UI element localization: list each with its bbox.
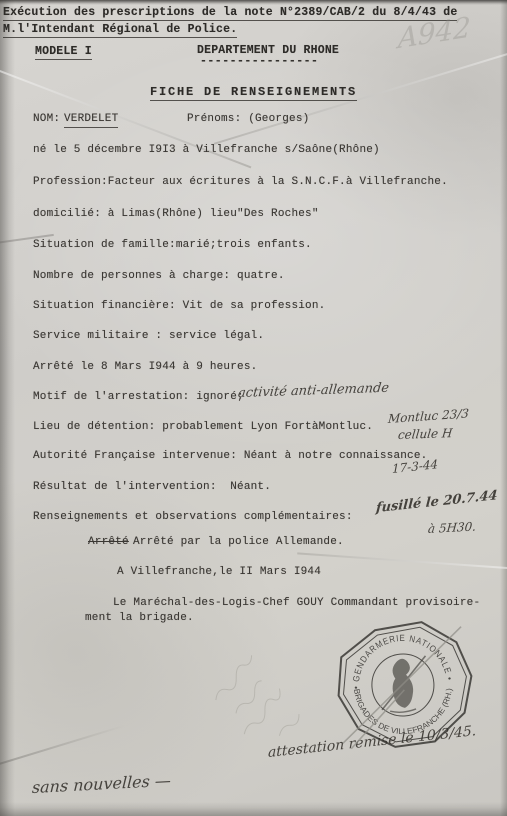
field-autorite-francaise: Autorité Française intervenue: Néant à n…: [33, 450, 427, 463]
exec-note-line1: Exécution des prescriptions de la note N…: [3, 6, 457, 21]
departement-dashes: ----------------: [200, 55, 318, 68]
handwritten-detention-place: Montluc 23/3: [388, 406, 470, 426]
field-service-militaire: Service militaire : service légal.: [33, 330, 264, 343]
signature-line2: ment la brigade.: [85, 612, 194, 625]
handwritten-detention-cell: cellule H: [397, 426, 453, 442]
paper-crease: [0, 725, 125, 768]
modele-label: MODELE I: [35, 45, 92, 60]
field-domicile: domicilié: à Limas(Rhône) lieu"Des Roche…: [33, 208, 319, 221]
field-profession: Profession:Facteur aux écritures à la S.…: [33, 176, 448, 189]
exec-note-line2: M.l'Intendant Régional de Police.: [3, 23, 237, 38]
handwritten-execution-time: à 5H30.: [427, 519, 476, 536]
field-birth: né le 5 décembre I9I3 à Villefranche s/S…: [33, 144, 380, 157]
prenoms-value: Prénoms: (Georges): [187, 113, 309, 126]
nom-label: NOM:: [33, 113, 60, 126]
document-page: Exécution des prescriptions de la note N…: [0, 0, 507, 816]
field-personnes-charge: Nombre de personnes à charge: quatre.: [33, 270, 285, 283]
handwritten-motif-annotation: activité anti-allemande: [237, 381, 390, 401]
arrest-statement: Arrêté par la police Allemande.: [133, 536, 344, 549]
gendarmerie-stamp-icon: • GENDARMERIE NATIONALE • BRIGADES DE VI…: [323, 614, 484, 759]
handwritten-execution-note: fusillé le 20.7.44: [375, 488, 497, 516]
place-date-line: A Villefranche,le II Mars I944: [117, 566, 321, 579]
field-resultat-intervention: Résultat de l'intervention: Néant.: [33, 481, 271, 494]
scan-edge-right: [500, 0, 507, 816]
page-title: FICHE DE RENSEIGNEMENTS: [150, 86, 357, 101]
struck-typed-word: Arrêté: [88, 536, 129, 549]
field-famille: Situation de famille:marié;trois enfants…: [33, 239, 312, 252]
paper-crease: [297, 552, 507, 569]
field-motif-arrestation: Motif de l'arrestation: ignoré;: [33, 391, 244, 404]
field-arrestation-date: Arrêté le 8 Mars I944 à 9 heures.: [33, 361, 257, 374]
field-situation-financiere: Situation financière: Vit de sa professi…: [33, 300, 325, 313]
scan-edge-top: [0, 0, 507, 5]
field-lieu-detention: Lieu de détention: probablement Lyon For…: [33, 421, 373, 434]
signature-line1: Le Maréchal-des-Logis-Chef GOUY Commanda…: [113, 597, 480, 610]
field-renseignements: Renseignements et observations complémen…: [33, 511, 353, 524]
nom-value: VERDELET: [64, 113, 118, 128]
scan-edge-bottom: [0, 802, 507, 816]
scan-edge-left: [0, 0, 15, 816]
handwritten-sans-nouvelles: sans nouvelles —: [32, 771, 172, 797]
